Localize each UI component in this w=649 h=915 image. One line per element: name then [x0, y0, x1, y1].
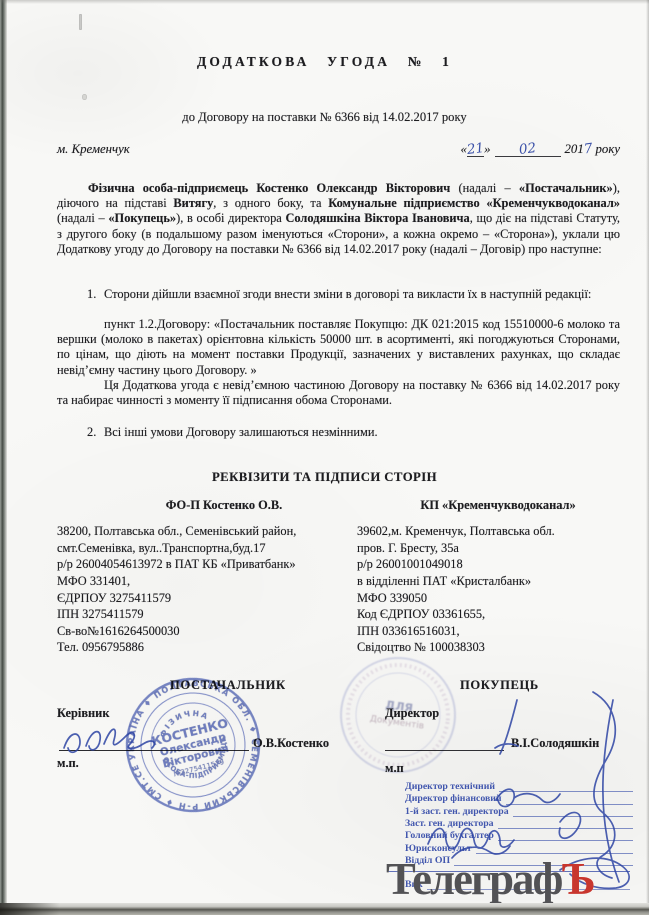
- scan-corner-shadow: [0, 903, 60, 915]
- buyer-signatory-name: В.І.Солодяшкін: [511, 736, 599, 751]
- requisite-line: ЄДРПОУ 3275411579: [57, 590, 349, 607]
- requisite-line: ІПН 3275411579: [57, 606, 349, 623]
- requisite-line: пров. Г. Бресту, 35а: [357, 540, 629, 557]
- date-month-blank: 02: [495, 142, 561, 157]
- scan-edge-top: [0, 0, 649, 4]
- signature-line: [506, 804, 633, 805]
- quote-close: »: [484, 142, 490, 156]
- requisite-line: 39602,м. Кременчук, Полтавська обл.: [357, 523, 629, 540]
- requisite-line: в відділенні ПАТ «Кристалбанк»: [357, 573, 629, 590]
- punch-mark: [79, 14, 82, 30]
- signature-line: [498, 840, 633, 841]
- supplier-term: «Постачальник»: [519, 181, 613, 195]
- item-number: 2.: [87, 425, 96, 440]
- requisite-line: р/р 26001001049018: [357, 556, 629, 573]
- intro-text: , з одного боку, та: [213, 196, 328, 210]
- scan-edge-left: [0, 0, 7, 915]
- buyer-requisites-title: КП «Кременчукводоканал»: [357, 498, 629, 513]
- watermark-gray-part: Телеграф: [386, 853, 561, 904]
- supplier-role-label: Керівник: [57, 706, 109, 721]
- scan-edge-bottom: [0, 903, 649, 915]
- buyer-term: «Покупець»: [108, 211, 176, 225]
- requisite-line: МФО 339050: [357, 590, 629, 607]
- supplier-requisites-column: ФО-П Костенко О.В. 38200, Полтавська обл…: [57, 498, 349, 656]
- scanned-contract-page: ДОДАТКОВА УГОДА № 1 до Договору на поста…: [0, 0, 649, 915]
- term-item-1-validity: Ця Додаткова угода є невід’ємною частино…: [57, 378, 620, 408]
- term-item-1: 1. Сторони дійшли взаємної згоди внести …: [104, 287, 620, 302]
- city-label: м. Кременчук: [57, 142, 130, 157]
- handwritten-year-digit: 7: [583, 142, 593, 158]
- buyer-requisites-column: КП «Кременчукводоканал» 39602,м. Кременч…: [357, 498, 629, 656]
- supplier-requisites-title: ФО-П Костенко О.В.: [57, 498, 349, 513]
- watermark-red-part: Ъ: [561, 853, 593, 904]
- handwritten-month: 02: [518, 141, 537, 158]
- handwritten-day: 21: [466, 141, 485, 158]
- requisite-line: смт.Семенівка, вул..Транспортна,буд.17: [57, 540, 349, 557]
- item-number: 1.: [87, 287, 96, 302]
- supplier-seal-mark: м.п.: [57, 756, 79, 771]
- handwritten-signatures-layer: [0, 0, 649, 915]
- intro-text: (надалі –: [57, 211, 108, 225]
- party-supplier-name: Фізична особа-підприємець Костенко Олекс…: [88, 181, 450, 195]
- basis-doc: Витягу: [173, 196, 213, 210]
- buyer-stamp-line2: Документів: [369, 714, 424, 731]
- telegraf-watermark: ТелеграфЪ: [386, 856, 594, 902]
- item-text: Всі інші умови Договору залишаються незм…: [104, 425, 378, 439]
- requisite-line: ІПН 033616516031,: [357, 623, 629, 640]
- term-item-1-clause: пункт 1.2.Договору: «Постачальник постав…: [57, 317, 620, 378]
- term-item-2: 2. Всі інші умови Договору залишаються н…: [104, 425, 620, 440]
- requisite-line: МФО 331401,: [57, 573, 349, 590]
- signature-line: [498, 828, 633, 829]
- requisite-line: 38200, Полтавська обл., Семенівський рай…: [57, 523, 349, 540]
- city-date-row: м. Кременчук «21»022017 року: [57, 142, 620, 157]
- buyer-signing-heading: ПОКУПЕЦЬ: [460, 678, 539, 693]
- party-buyer-name: Комунальне підприємство «Кременчукводока…: [328, 196, 620, 210]
- requisites-heading: РЕКВІЗИТИ ТА ПІДПИСИ СТОРІН: [0, 470, 649, 485]
- document-title: ДОДАТКОВА УГОДА № 1: [0, 54, 649, 69]
- buyer-round-stamp-icon: ДЛЯ Документів: [325, 642, 472, 789]
- requisite-line: Тел. 0956795886: [57, 639, 349, 656]
- year-printed: 201: [565, 142, 584, 156]
- date-day-blank: 21: [467, 142, 484, 157]
- year-word: року: [596, 142, 620, 156]
- signature-line: [513, 816, 633, 817]
- buyer-stamp-line1: ДЛЯ: [385, 698, 414, 715]
- intro-paragraph: Фізична особа-підприємець Костенко Олекс…: [57, 181, 620, 257]
- item-text: Сторони дійшли взаємної згоди внести змі…: [104, 287, 591, 301]
- intro-text: ), в особі директора: [176, 211, 285, 225]
- punch-mark: [82, 94, 87, 100]
- date-line: «21»022017 року: [461, 142, 620, 157]
- signature-line: [499, 791, 633, 792]
- requisite-line: р/р 26004054613972 в ПАТ КБ «Приватбанк»: [57, 556, 349, 573]
- intro-text: (надалі –: [450, 181, 519, 195]
- director-name: Солодяшкіна Віктора Івановича: [285, 211, 469, 225]
- document-subtitle: до Договору на поставки № 6366 від 14.02…: [0, 110, 649, 125]
- requisite-line: Код ЄДРПОУ 03361655,: [357, 606, 629, 623]
- requisite-line: Св-во№1616264500030: [57, 623, 349, 640]
